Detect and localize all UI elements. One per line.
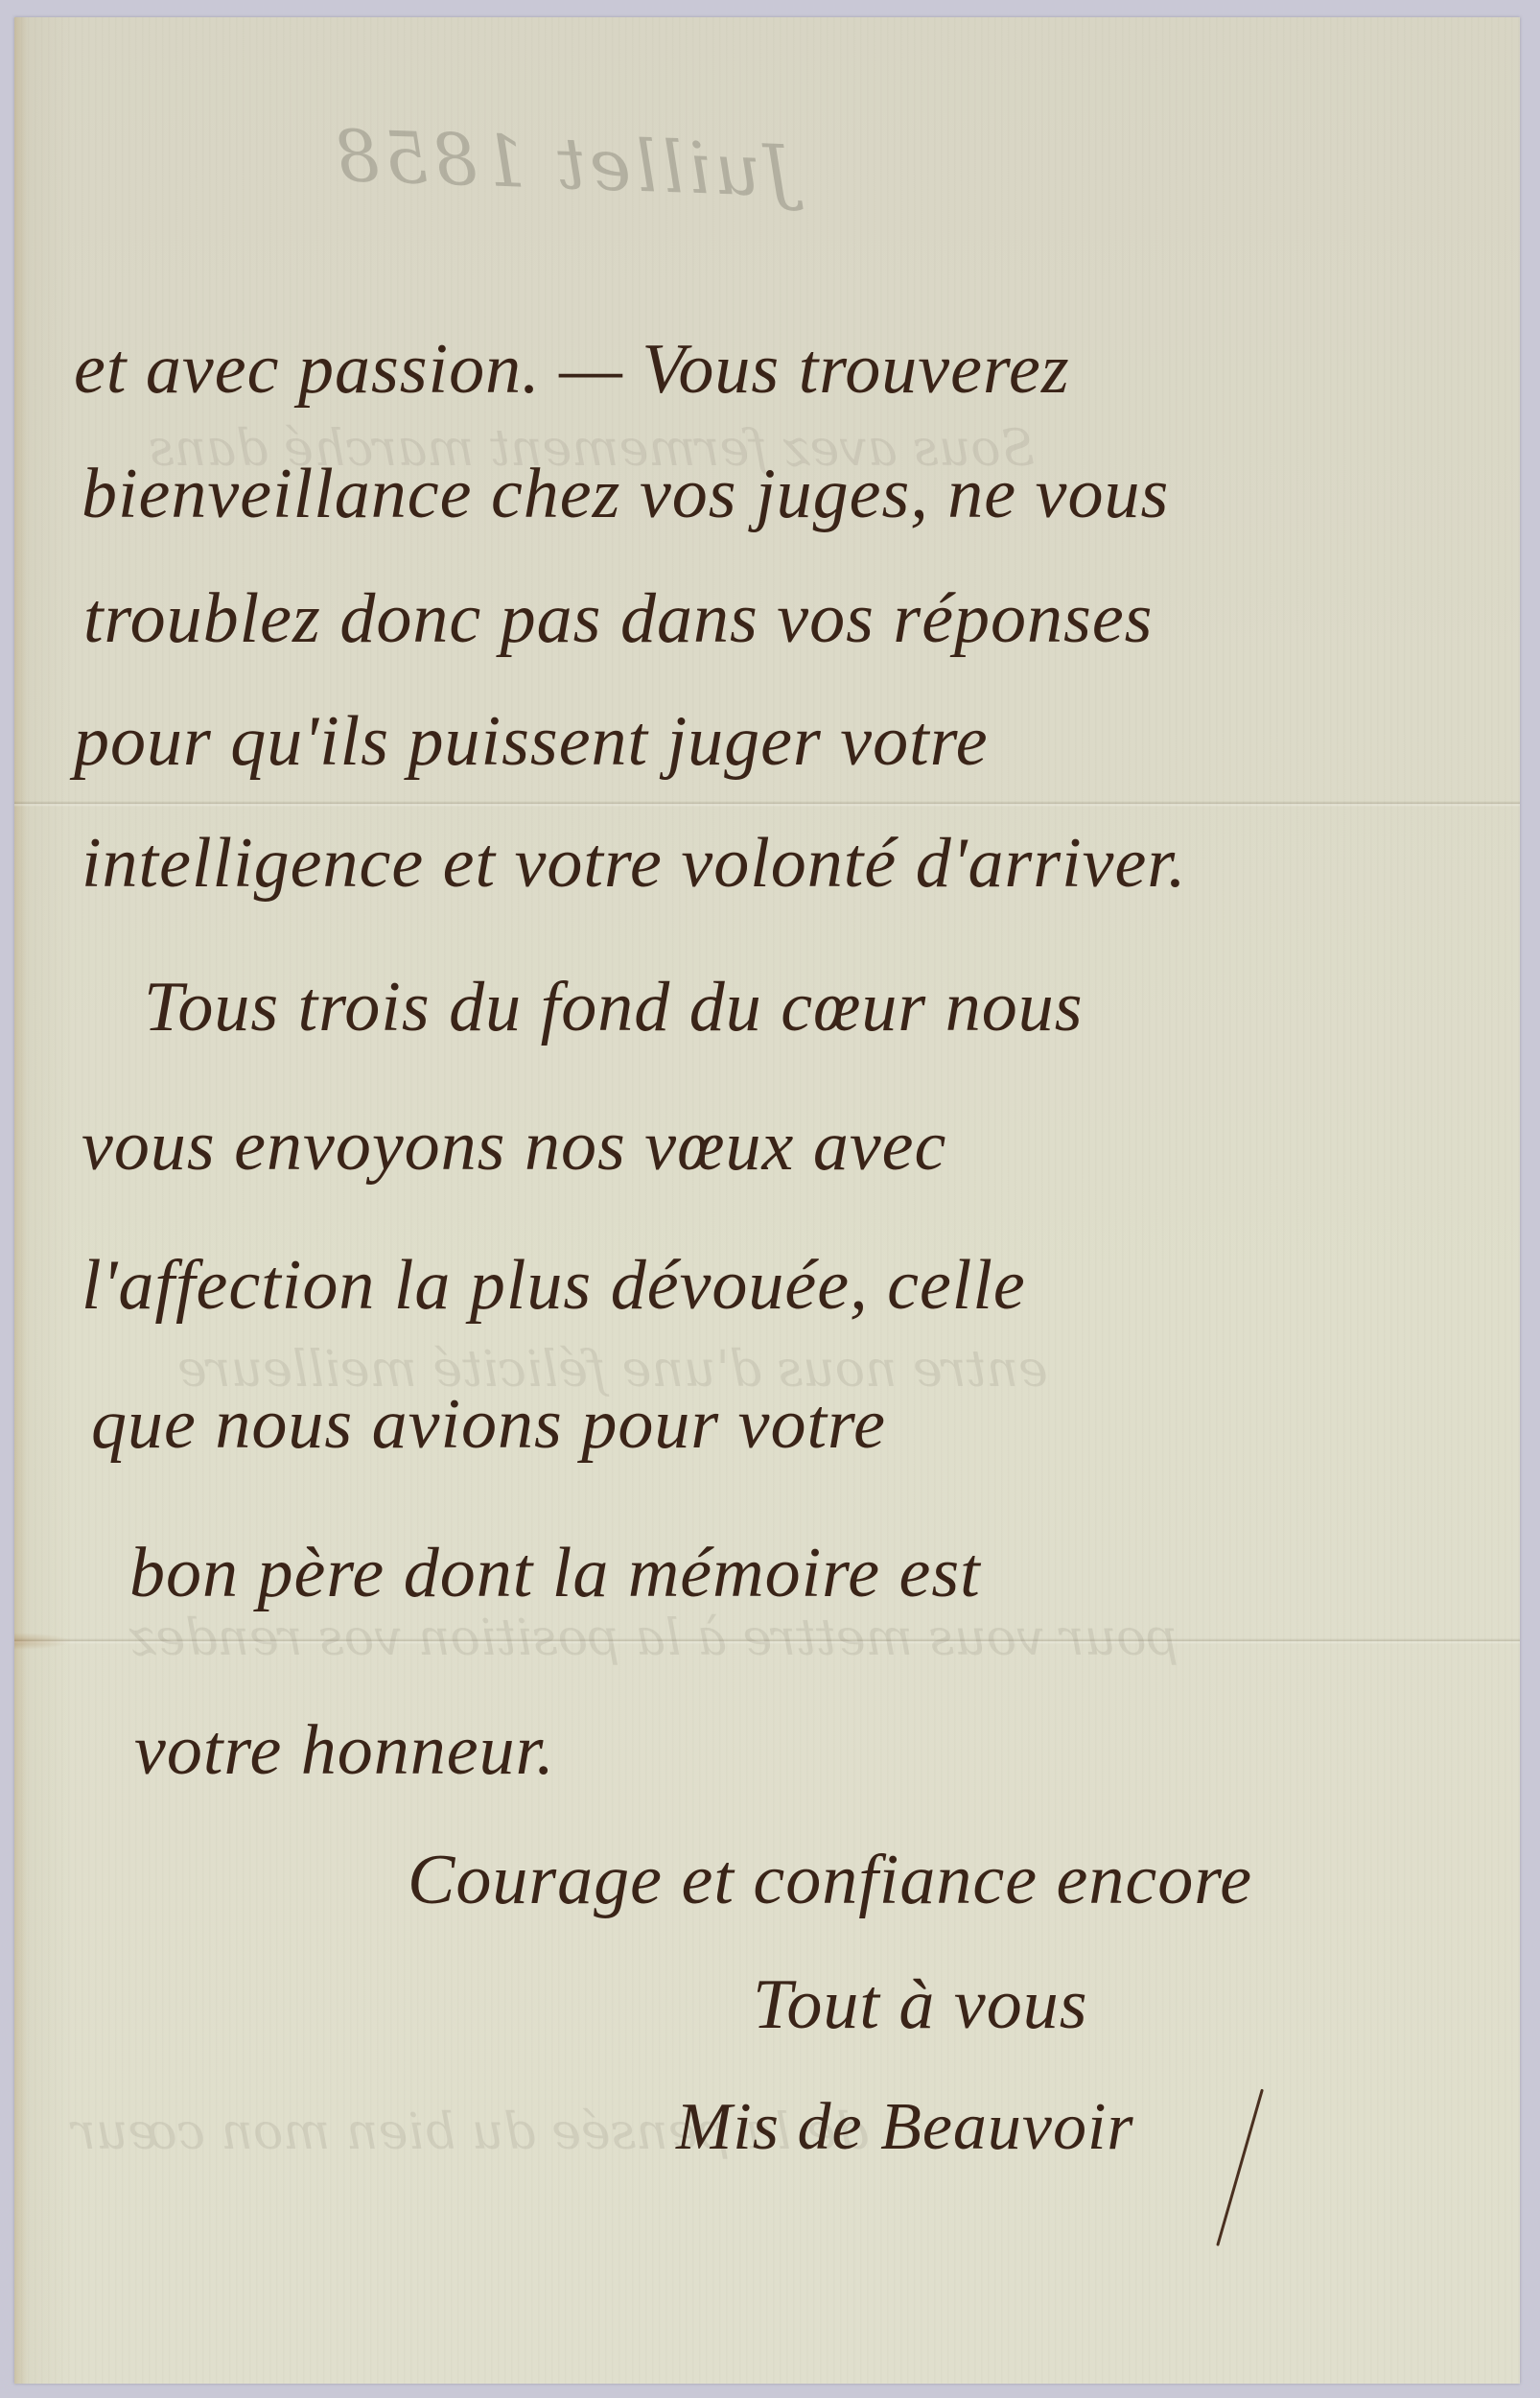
closing-salutation: Tout à vous xyxy=(753,1969,1088,2040)
signature: Mis de Beauvoir xyxy=(676,2094,1134,2161)
letter-line-5: intelligence et votre volonté d'arriver. xyxy=(82,828,1186,899)
letter-line-6: Tous trois du fond du cœur nous xyxy=(144,972,1084,1043)
letter-line-1: et avec passion. — Vous trouverez xyxy=(74,334,1070,405)
letter-line-2: bienveillance chez vos juges, ne vous xyxy=(82,458,1169,529)
fold-line-upper xyxy=(14,801,1520,807)
bleed-through-date: Juillet 1858 xyxy=(330,115,794,214)
signature-flourish xyxy=(1216,2089,1264,2246)
letter-sheet: Juillet 1858 Sous avez fermement marché … xyxy=(14,17,1520,2384)
bleed-through-text: pour vous mettre à la position vos rende… xyxy=(129,1610,1178,1667)
letter-line-9: que nous avions pour votre xyxy=(91,1389,886,1460)
letter-line-8: l'affection la plus dévouée, celle xyxy=(82,1250,1026,1321)
edge-stain xyxy=(14,17,28,2384)
letter-line-10: bon père dont la mémoire est xyxy=(129,1538,981,1609)
closing-line: Courage et confiance encore xyxy=(408,1845,1252,1916)
letter-line-3: troublez donc pas dans vos réponses xyxy=(83,583,1153,654)
letter-line-7: vous envoyons nos vœux avec xyxy=(82,1111,946,1182)
letter-line-11: votre honneur. xyxy=(134,1715,555,1786)
letter-line-4: pour qu'ils puissent juger votre xyxy=(74,706,989,777)
